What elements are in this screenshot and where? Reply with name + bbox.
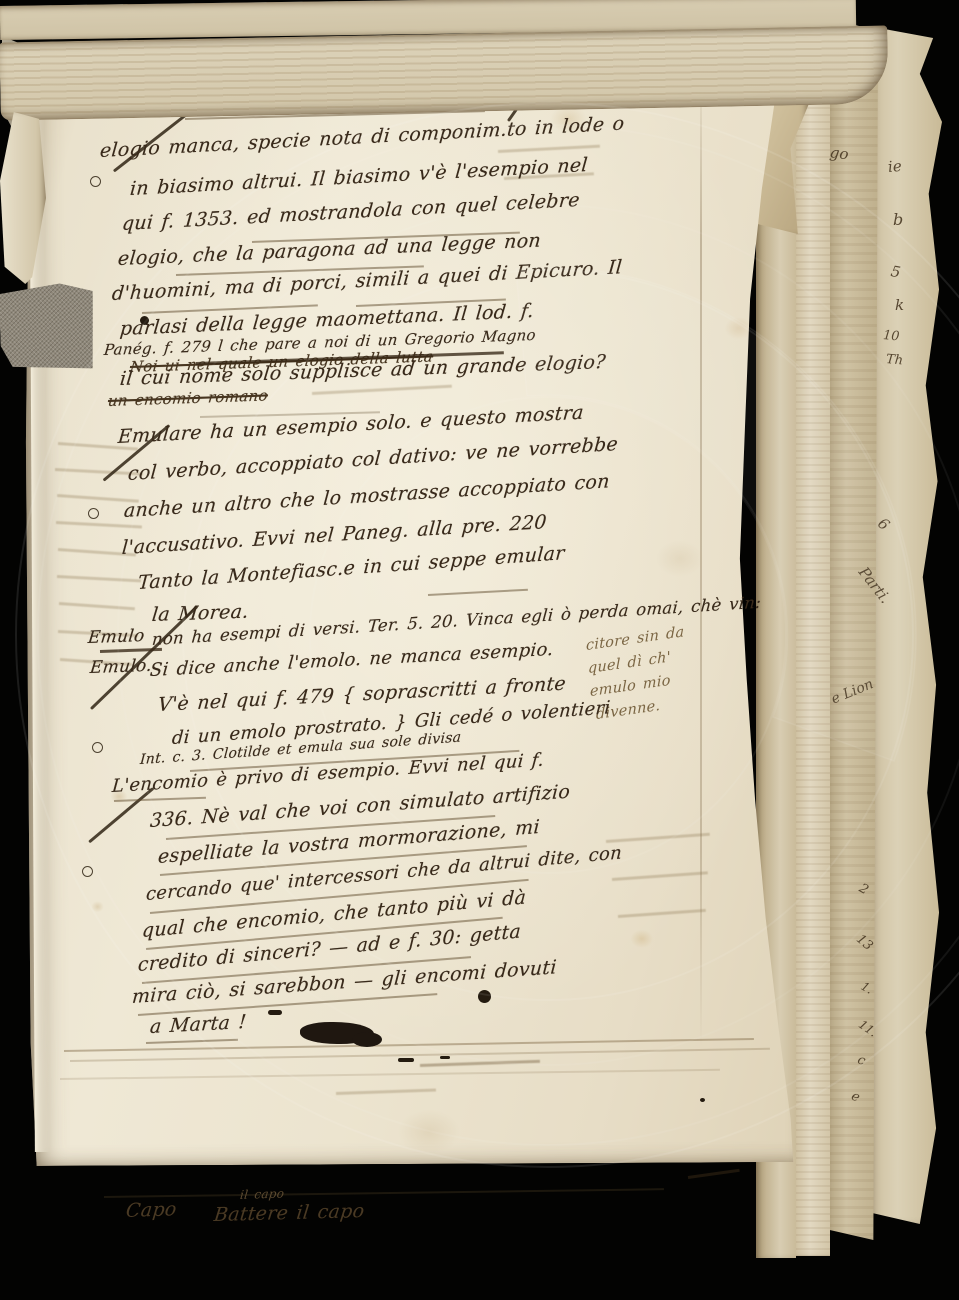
ink-blot — [352, 1032, 382, 1047]
edge-text-fragment: k — [895, 296, 904, 314]
bottom-annotation: Battere il capo — [213, 1200, 366, 1226]
edge-text-fragment: ie — [887, 157, 902, 176]
edge-text-fragment: go — [829, 143, 850, 163]
margin-note: Emulo — [87, 626, 146, 648]
ink-speck — [268, 1010, 282, 1015]
margin-note: Emulo. — [89, 656, 153, 678]
ink-flourish — [82, 866, 93, 877]
manuscript-line: la Morea. — [151, 601, 250, 626]
edge-text-fragment: Th — [885, 352, 903, 368]
ink-flourish — [88, 508, 99, 519]
edge-rule-line — [104, 1188, 664, 1198]
ink-flourish — [92, 742, 103, 753]
manuscript-photo: è dall'uno all'altro emispero . 102 elog… — [0, 0, 959, 1300]
edge-text-fragment: 10 — [882, 328, 900, 344]
ink-speck — [478, 990, 491, 1003]
ink-speck — [700, 1098, 705, 1102]
ink-speck — [140, 316, 149, 325]
ink-flourish — [90, 176, 101, 187]
ink-stroke — [688, 1169, 740, 1179]
ink-speck — [398, 1058, 414, 1062]
bottom-annotation-small: il capo — [239, 1186, 285, 1202]
vertical-crease — [700, 62, 702, 1047]
page-edge-strip — [868, 26, 942, 1224]
bottom-annotation: Capo — [125, 1198, 178, 1222]
ink-speck — [440, 1056, 450, 1059]
binding-cloth — [0, 282, 95, 371]
edge-text-fragment: b — [893, 210, 903, 229]
